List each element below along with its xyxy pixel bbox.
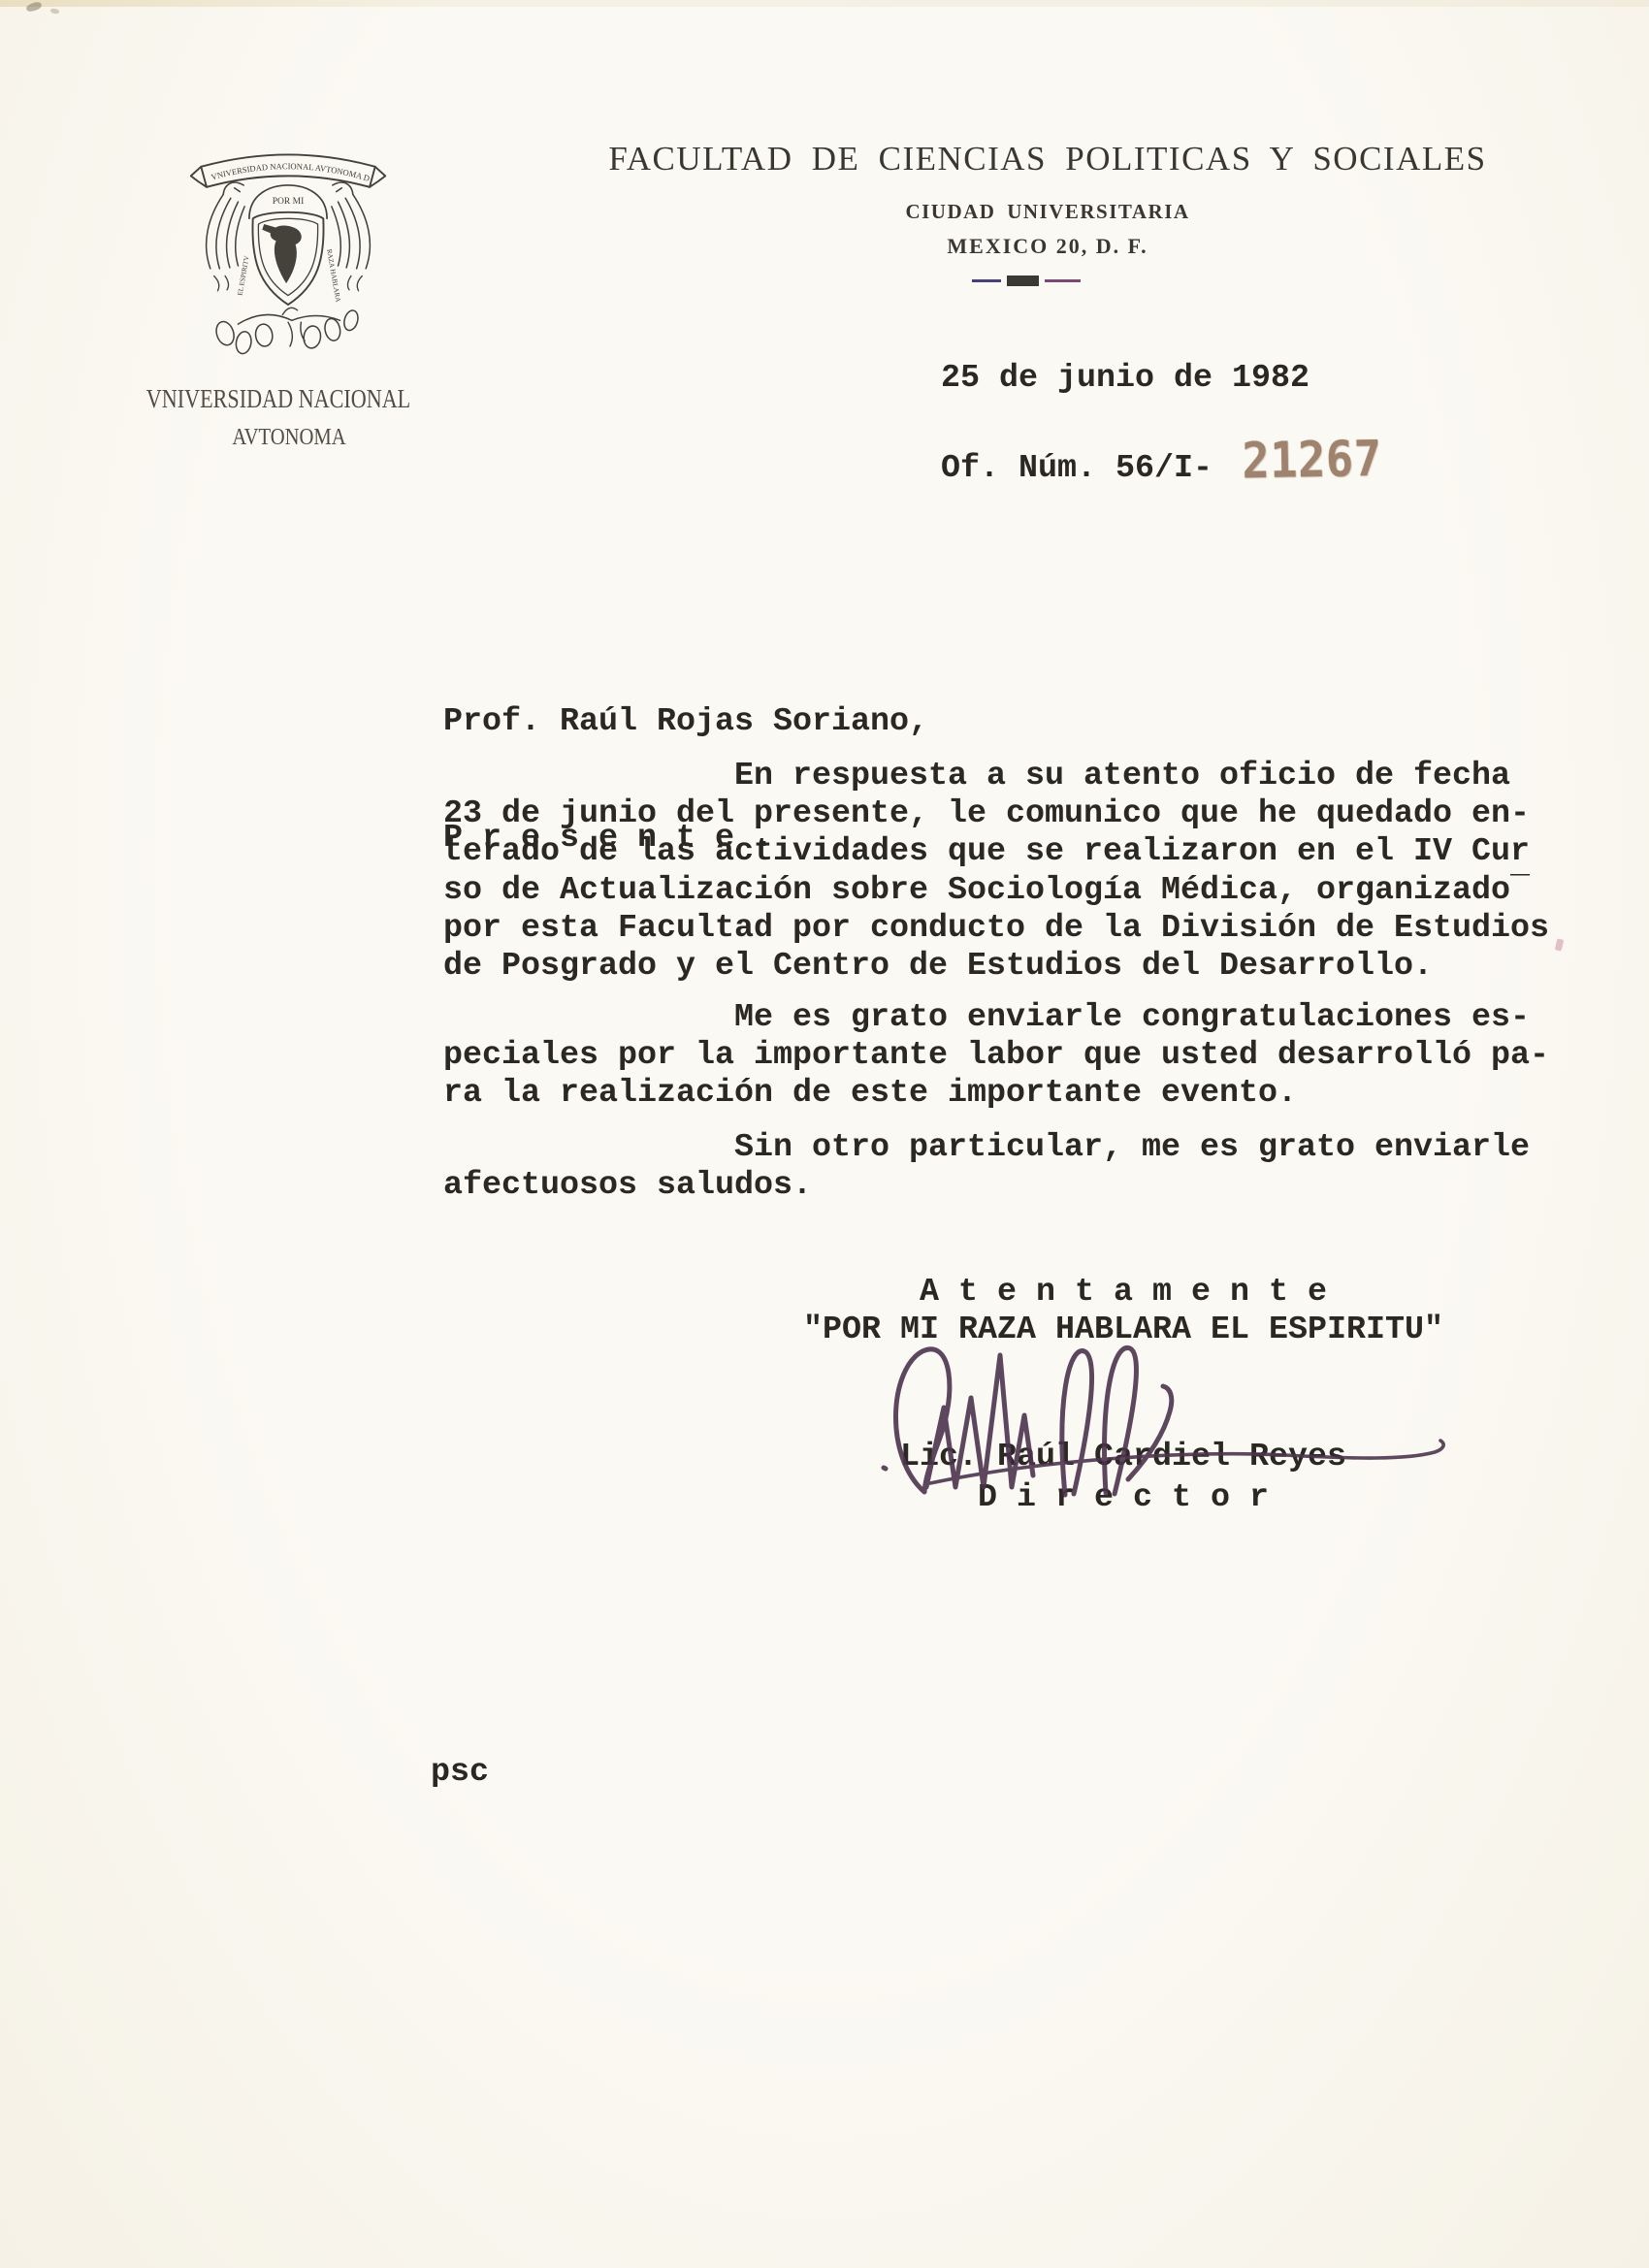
body-paragraph-1: En respuesta a su atento oficio de fecha… — [443, 758, 1549, 986]
signature-icon — [866, 1342, 1458, 1502]
letterhead-place: MEXICO 20, D. F. — [495, 234, 1600, 259]
divider-thick-block — [1007, 275, 1039, 286]
paper-top-edge — [0, 0, 1649, 7]
paper-speck — [50, 8, 60, 15]
faculty-title: FACULTAD DE CIENCIAS POLITICAS Y SOCIALE… — [495, 140, 1600, 178]
handwritten-signature — [866, 1342, 1458, 1502]
scanned-letter-page: { "page": { "paper_color": "#faf8f1", "i… — [0, 0, 1649, 2268]
unam-crest-logo: VNIVERSIDAD NACIONAL AVTONOMA DE MEXICO … — [186, 134, 390, 376]
typist-initials: psc — [431, 1754, 489, 1792]
university-name-line1: VNIVERSIDAD NACIONAL — [119, 384, 437, 414]
crest-band-text: POR MI — [273, 196, 305, 207]
recipient-name: Prof. Raúl Rojas Soriano, — [443, 702, 928, 741]
office-number-stamp: 21267 — [1242, 430, 1382, 490]
letter-date: 25 de junio de 1982 — [941, 360, 1309, 398]
office-number-label: Of. Núm. 56/I- — [941, 450, 1212, 488]
university-name-line2: AVTONOMA — [122, 425, 456, 451]
unam-coat-of-arms-icon: VNIVERSIDAD NACIONAL AVTONOMA DE MEXICO … — [186, 134, 390, 376]
paper-speck — [1555, 938, 1565, 951]
divider-thin-line-left — [972, 279, 1001, 282]
divider-thin-line-right — [1045, 279, 1081, 282]
body-paragraph-2: Me es grato enviarle congratulaciones es… — [443, 999, 1549, 1114]
crest-left-text: EL ESPIRITV — [237, 254, 251, 296]
closing-salutation: A t e n t a m e n t e — [784, 1274, 1463, 1312]
body-paragraph-3: Sin otro particular, me es grato enviarl… — [443, 1129, 1530, 1205]
letterhead-city: CIUDAD UNIVERSITARIA — [495, 200, 1600, 224]
letterhead-divider — [972, 275, 1081, 286]
